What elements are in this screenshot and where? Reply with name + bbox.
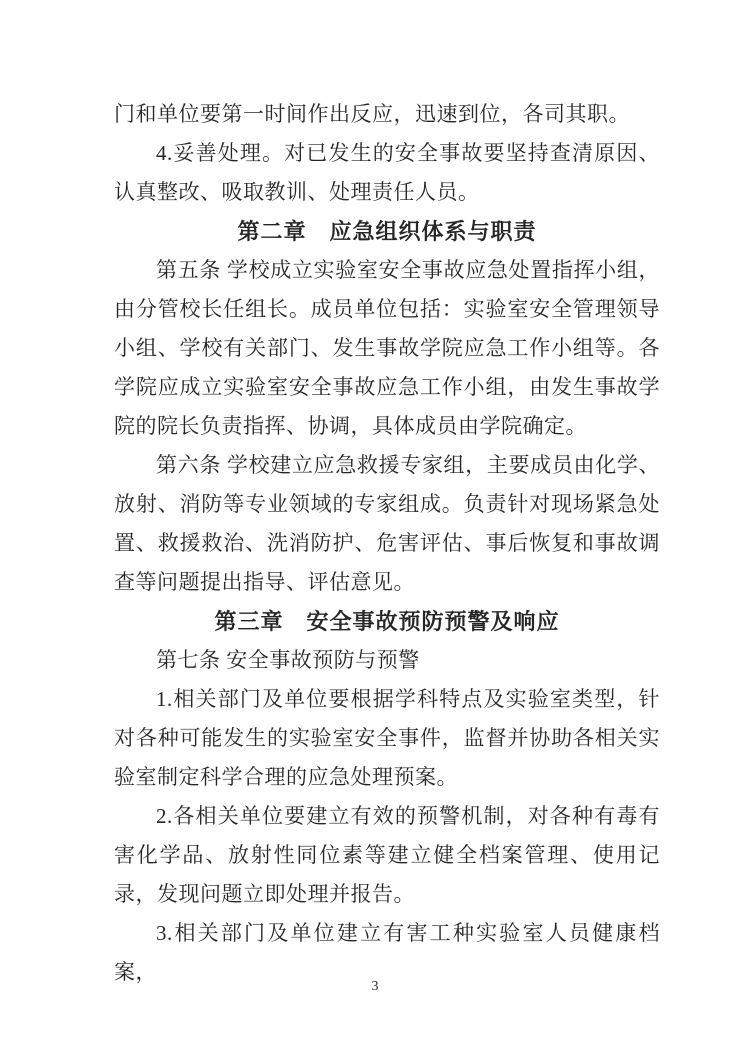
paragraph: 第七条 安全事故预防与预警 bbox=[114, 641, 660, 680]
chapter-heading: 第三章 安全事故预防预警及响应 bbox=[114, 602, 660, 641]
paragraph: 1.相关部门及单位要根据学科特点及实验室类型，针对各种可能发生的实验室安全事件，… bbox=[114, 680, 660, 797]
paragraph: 4.妥善处理。对已发生的安全事故要坚持查清原因、认真整改、吸取教训、处理责任人员… bbox=[114, 134, 660, 212]
document-body: 门和单位要第一时间作出反应，迅速到位，各司其职。4.妥善处理。对已发生的安全事故… bbox=[114, 95, 660, 992]
document-page: 门和单位要第一时间作出反应，迅速到位，各司其职。4.妥善处理。对已发生的安全事故… bbox=[0, 0, 750, 1061]
chapter-heading: 第二章 应急组织体系与职责 bbox=[114, 212, 660, 251]
page-number: 3 bbox=[0, 978, 750, 996]
paragraph: 第六条 学校建立应急救援专家组，主要成员由化学、放射、消防等专业领域的专家组成。… bbox=[114, 446, 660, 602]
paragraph: 门和单位要第一时间作出反应，迅速到位，各司其职。 bbox=[114, 95, 660, 134]
paragraph: 2.各相关单位要建立有效的预警机制，对各种有毒有害化学品、放射性同位素等建立健全… bbox=[114, 797, 660, 914]
paragraph: 第五条 学校成立实验室安全事故应急处置指挥小组，由分管校长任组长。成员单位包括：… bbox=[114, 251, 660, 446]
